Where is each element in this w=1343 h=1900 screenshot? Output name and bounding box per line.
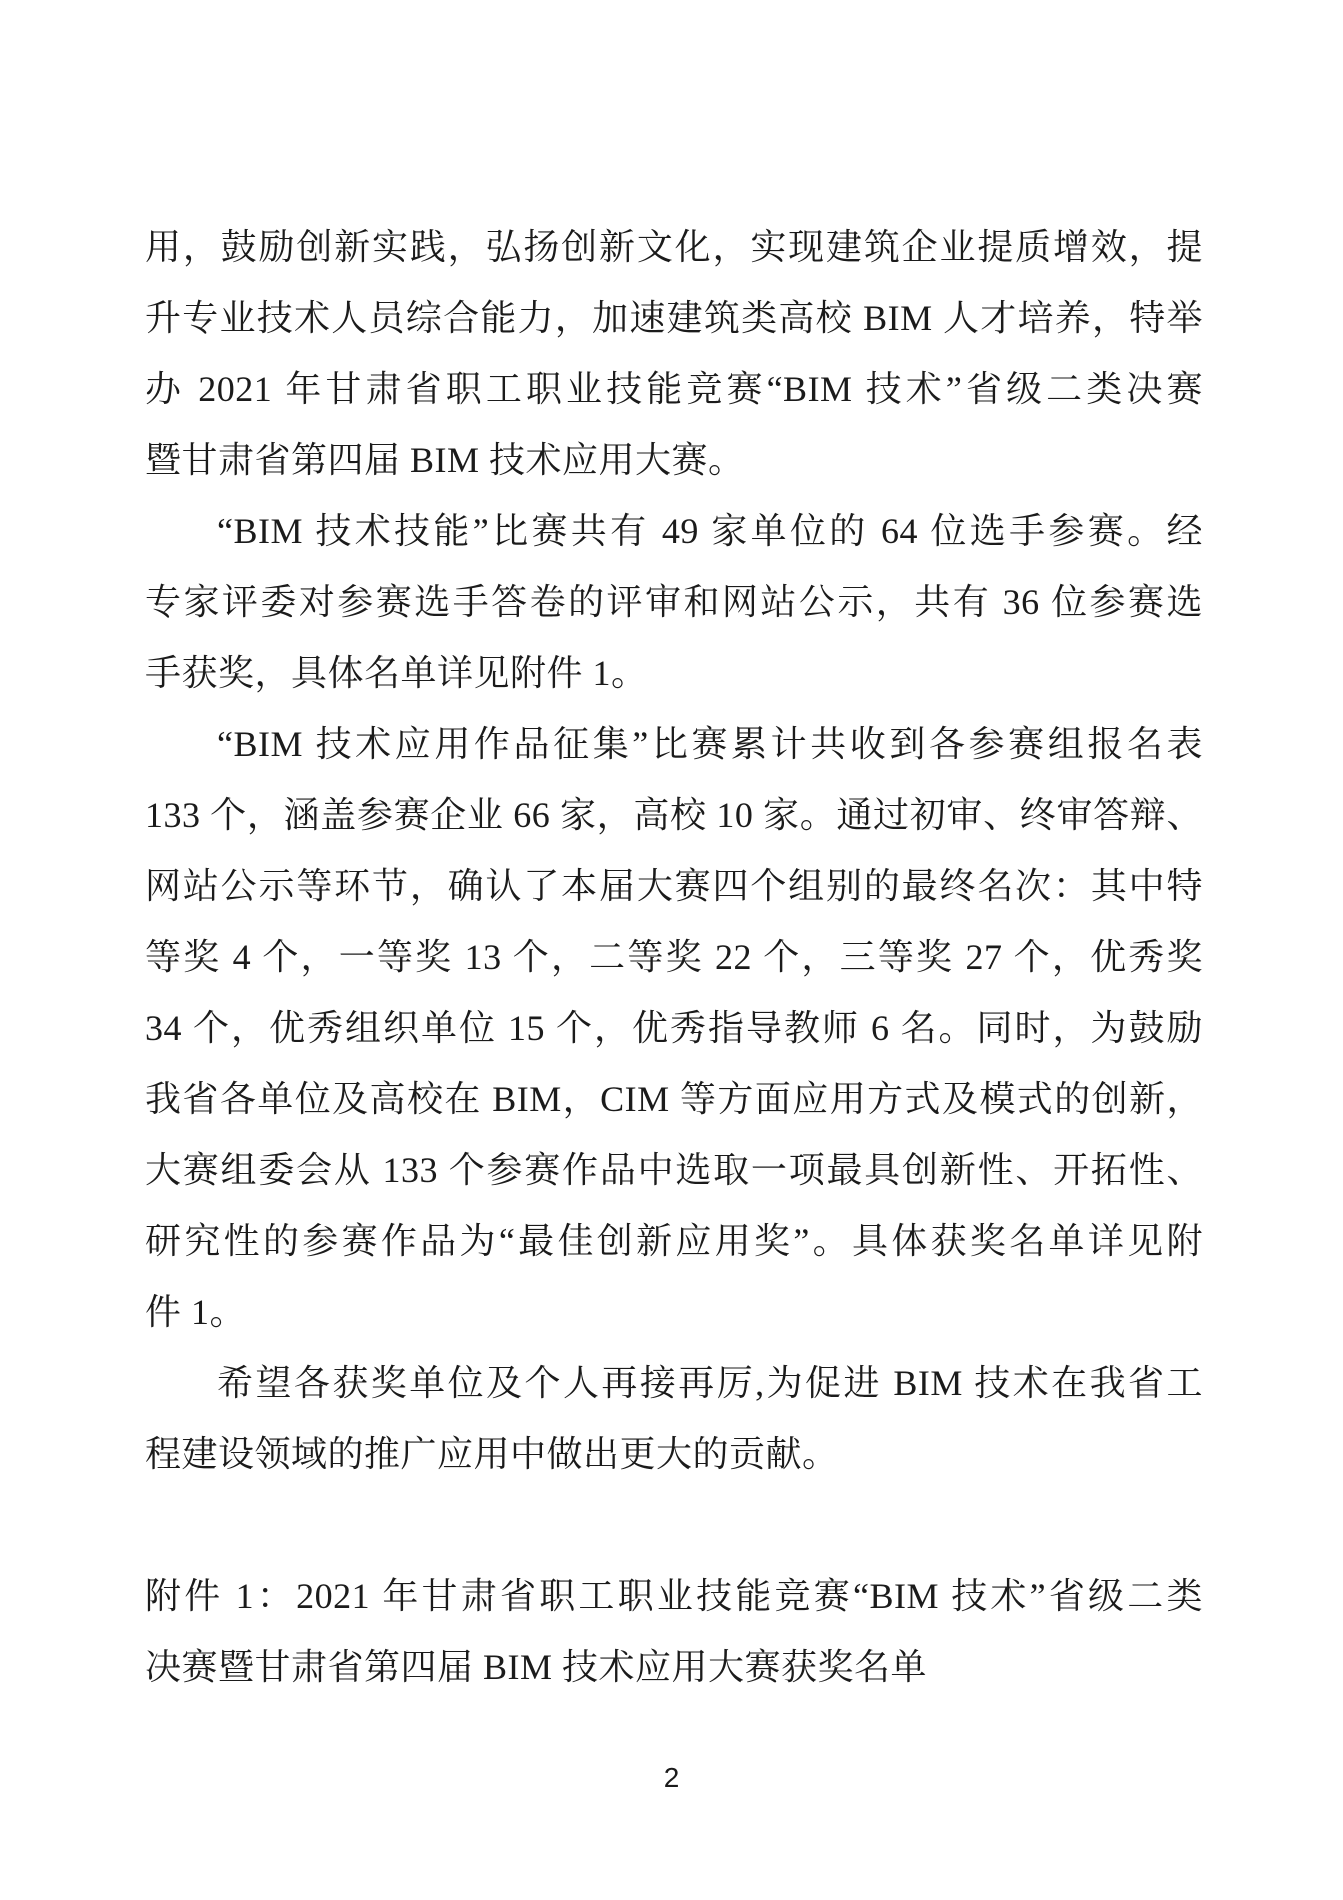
text-line: 专家评委对参赛选手答卷的评审和网站公示，共有 36 位参赛选 [145, 567, 1203, 638]
attachment-note-line: 决赛暨甘肃省第四届 BIM 技术应用大赛获奖名单 [145, 1632, 1203, 1703]
text-line: 升专业技术人员综合能力，加速建筑类高校 BIM 人才培养，特举 [145, 283, 1203, 354]
text-line: 暨甘肃省第四届 BIM 技术应用大赛。 [145, 425, 1203, 496]
text-line: 用，鼓励创新实践，弘扬创新文化，实现建筑企业提质增效，提 [145, 212, 1203, 283]
text-line: 大赛组委会从 133 个参赛作品中选取一项最具创新性、开拓性、 [145, 1135, 1203, 1206]
text-line: 程建设领域的推广应用中做出更大的贡献。 [145, 1419, 1203, 1490]
document-body: 用，鼓励创新实践，弘扬创新文化，实现建筑企业提质增效，提 升专业技术人员综合能力… [145, 212, 1203, 1703]
text-line: 希望各获奖单位及个人再接再厉,为促进 BIM 技术在我省工 [145, 1348, 1203, 1419]
text-line: 研究性的参赛作品为“最佳创新应用奖”。具体获奖名单详见附 [145, 1206, 1203, 1277]
text-line: “BIM 技术技能”比赛共有 49 家单位的 64 位选手参赛。经 [145, 496, 1203, 567]
text-line: “BIM 技术应用作品征集”比赛累计共收到各参赛组报名表 [145, 709, 1203, 780]
page-number: 2 [0, 1762, 1343, 1794]
text-line: 133 个，涵盖参赛企业 66 家，高校 10 家。通过初审、终审答辩、 [145, 780, 1203, 851]
text-line: 我省各单位及高校在 BIM，CIM 等方面应用方式及模式的创新， [145, 1064, 1203, 1135]
text-line: 件 1。 [145, 1277, 1203, 1348]
text-line: 等奖 4 个，一等奖 13 个，二等奖 22 个，三等奖 27 个，优秀奖 [145, 922, 1203, 993]
document-page: 用，鼓励创新实践，弘扬创新文化，实现建筑企业提质增效，提 升专业技术人员综合能力… [0, 0, 1343, 1900]
text-line: 网站公示等环节，确认了本届大赛四个组别的最终名次：其中特 [145, 851, 1203, 922]
text-line: 34 个，优秀组织单位 15 个，优秀指导教师 6 名。同时，为鼓励 [145, 993, 1203, 1064]
attachment-note-line: 附件 1：2021 年甘肃省职工职业技能竞赛“BIM 技术”省级二类 [145, 1561, 1203, 1632]
text-line: 办 2021 年甘肃省职工职业技能竞赛“BIM 技术”省级二类决赛 [145, 354, 1203, 425]
text-line: 手获奖，具体名单详见附件 1。 [145, 638, 1203, 709]
